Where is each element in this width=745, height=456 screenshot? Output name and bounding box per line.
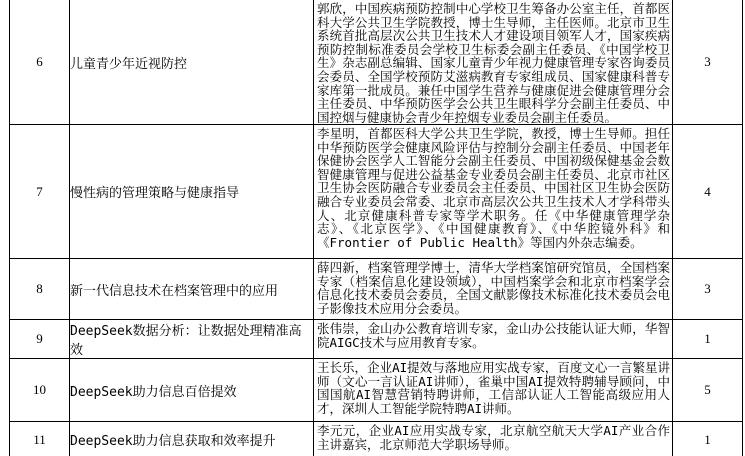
course-title: 新一代信息技术在档案管理中的应用 <box>70 259 314 320</box>
instructor-bio-cell: 李星明，首都医科大学公共卫生学院，教授，博士生导师。担任中华预防医学会健康风险评… <box>314 125 673 259</box>
table-row: 11 DeepSeek助力信息获取和效率提升 李元元，企业AI应用实战专家，北京… <box>10 422 743 456</box>
row-number: 7 <box>10 125 70 259</box>
row-number: 9 <box>10 320 70 359</box>
row-number: 11 <box>10 422 70 456</box>
instructor-bio: 郭欣，中国疾病预防控制中心学校卫生筹备办公室主任，首都医科大学公共卫生学院教授，… <box>314 1 672 123</box>
table-row: 10 DeepSeek助力信息百倍提效 王长乐，企业AI提效与落地应用实战专家，… <box>10 359 743 422</box>
session-count: 5 <box>673 359 743 422</box>
instructor-bio-cell: 薛四新，档案管理学博士，清华大学档案馆研究馆员，全国档案专家（档案信息化建设领域… <box>314 259 673 320</box>
course-schedule-table: 6 儿童青少年近视防控 郭欣，中国疾病预防控制中心学校卫生筹备办公室主任，首都医… <box>9 0 743 456</box>
course-title: DeepSeek助力信息获取和效率提升 <box>70 422 314 456</box>
instructor-bio: 王长乐，企业AI提效与落地应用实战专家，百度文心一言繁星讲师（文心一言认证AI讲… <box>314 360 672 420</box>
table-row: 7 慢性病的管理策略与健康指导 李星明，首都医科大学公共卫生学院，教授，博士生导… <box>10 125 743 259</box>
instructor-bio-cell: 李元元，企业AI应用实战专家，北京航空航天大学AI产业合作主讲嘉宾，北京师范大学… <box>314 422 673 456</box>
table-row: 9 DeepSeek数据分析：让数据处理精准高效 张伟崇，金山办公教育培训专家，… <box>10 320 743 359</box>
session-count: 3 <box>673 259 743 320</box>
session-count: 4 <box>673 125 743 259</box>
instructor-bio-cell: 王长乐，企业AI提效与落地应用实战专家，百度文心一言繁星讲师（文心一言认证AI讲… <box>314 359 673 422</box>
course-title: 儿童青少年近视防控 <box>70 0 314 125</box>
course-title: DeepSeek数据分析：让数据处理精准高效 <box>70 320 314 359</box>
instructor-bio-cell: 张伟崇，金山办公教育培训专家，金山办公技能认证大师，华智院AIGC技术与应用教育… <box>314 320 673 359</box>
instructor-bio: 李元元，企业AI应用实战专家，北京航空航天大学AI产业合作主讲嘉宾，北京师范大学… <box>314 423 672 456</box>
row-number: 8 <box>10 259 70 320</box>
instructor-bio: 薛四新，档案管理学博士，清华大学档案馆研究馆员，全国档案专家（档案信息化建设领域… <box>314 260 672 318</box>
row-number: 10 <box>10 359 70 422</box>
row-number: 6 <box>10 0 70 125</box>
course-title: DeepSeek助力信息百倍提效 <box>70 359 314 422</box>
table-row: 8 新一代信息技术在档案管理中的应用 薛四新，档案管理学博士，清华大学档案馆研究… <box>10 259 743 320</box>
table-row: 6 儿童青少年近视防控 郭欣，中国疾病预防控制中心学校卫生筹备办公室主任，首都医… <box>10 0 743 125</box>
instructor-bio: 张伟崇，金山办公教育培训专家，金山办公技能认证大师，华智院AIGC技术与应用教育… <box>314 321 672 357</box>
course-schedule-table-wrap: 6 儿童青少年近视防控 郭欣，中国疾病预防控制中心学校卫生筹备办公室主任，首都医… <box>9 0 743 456</box>
instructor-bio: 李星明，首都医科大学公共卫生学院，教授，博士生导师。担任中华预防医学会健康风险评… <box>314 126 672 257</box>
instructor-bio-cell: 郭欣，中国疾病预防控制中心学校卫生筹备办公室主任，首都医科大学公共卫生学院教授，… <box>314 0 673 125</box>
session-count: 1 <box>673 320 743 359</box>
course-title: 慢性病的管理策略与健康指导 <box>70 125 314 259</box>
session-count: 1 <box>673 422 743 456</box>
session-count: 3 <box>673 0 743 125</box>
